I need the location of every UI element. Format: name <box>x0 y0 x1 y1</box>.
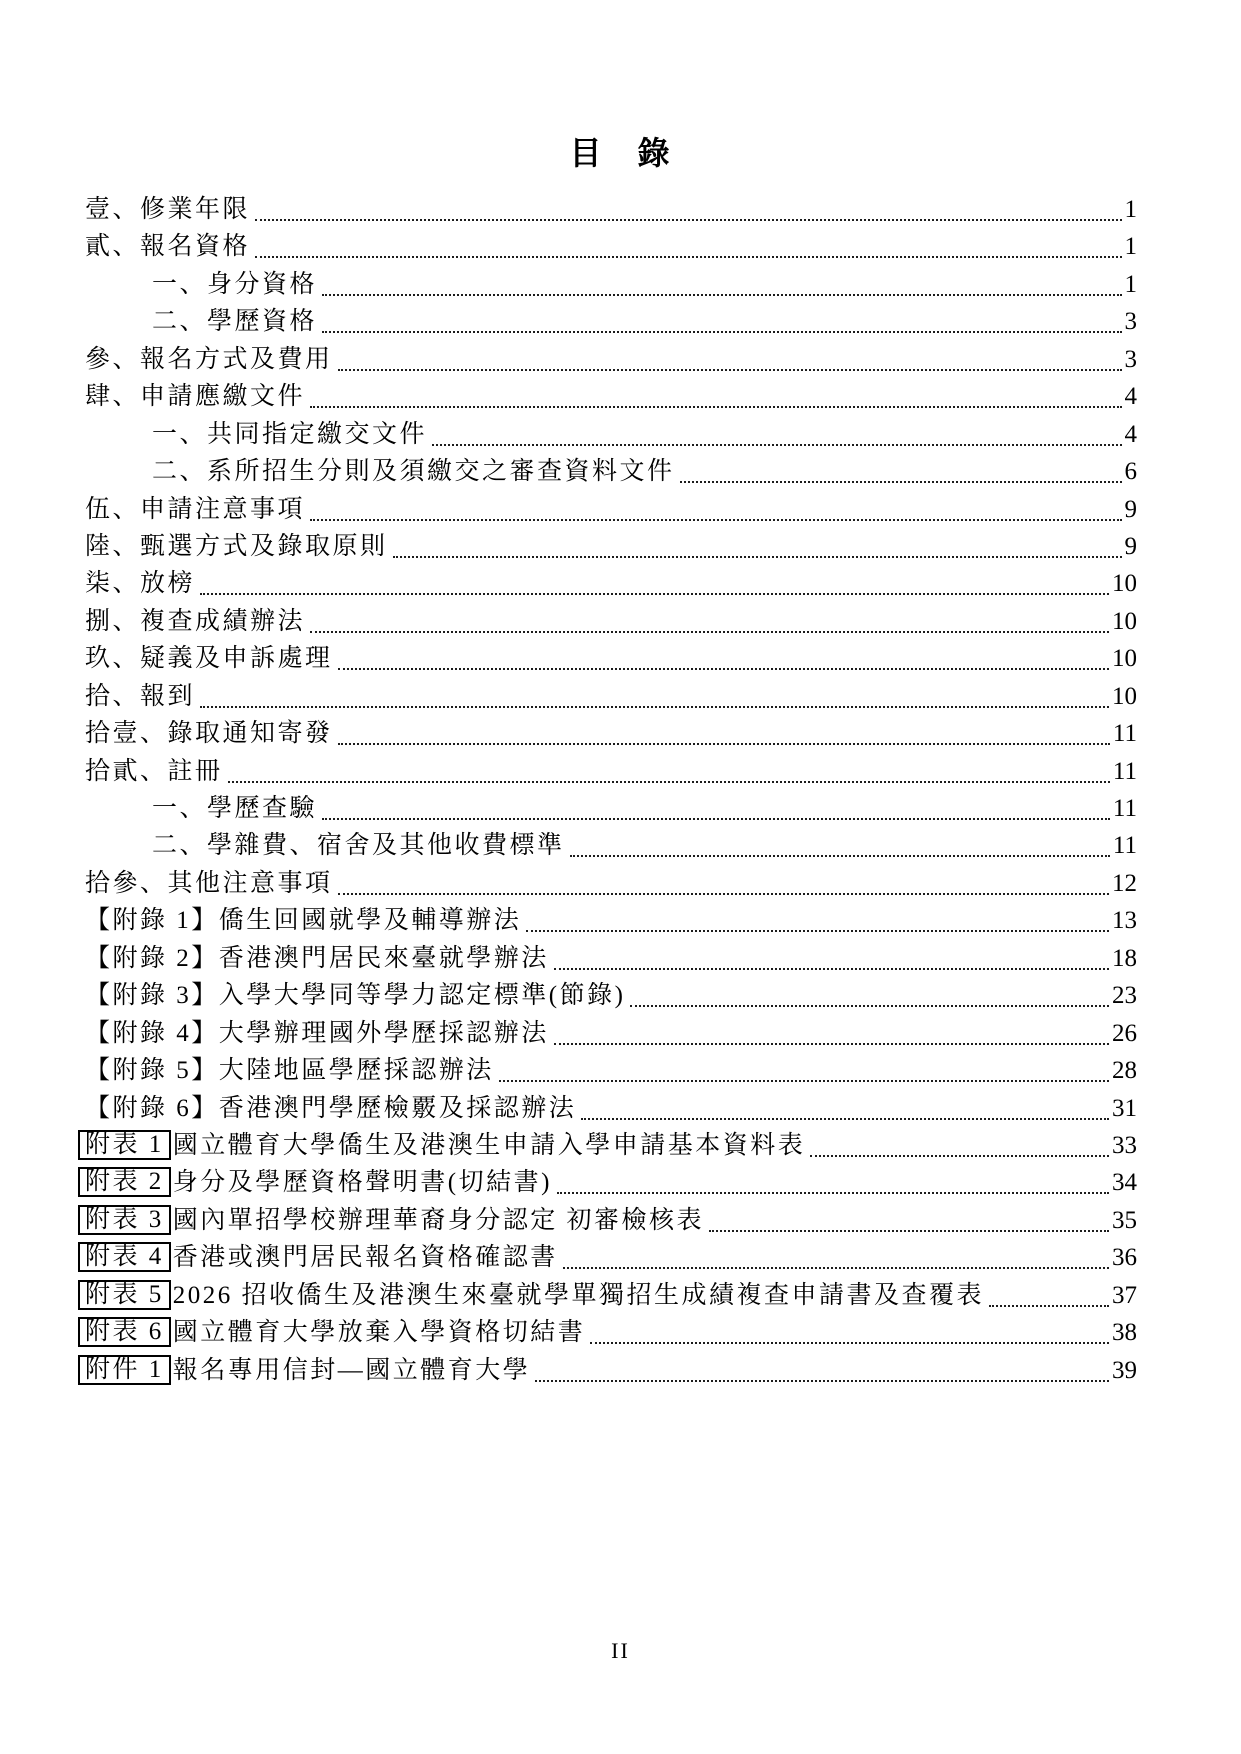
toc-entry: 附表 6國立體育大學放棄入學資格切結書38 <box>78 1319 1137 1356</box>
toc-entry: 二、學雜費、宿舍及其他收費標準11 <box>85 832 1137 869</box>
toc-entry-title: 【附錄 6】香港澳門學歷檢覈及採認辦法 <box>85 1095 576 1123</box>
toc-entry-title: 【附錄 3】入學大學同等學力認定標準(節錄) <box>85 982 625 1010</box>
toc-entry-box-label: 附表 1 <box>78 1130 171 1160</box>
toc-entry: 【附錄 5】大陸地區學歷採認辦法28 <box>85 1057 1137 1094</box>
toc-entry: 陸、甄選方式及錄取原則9 <box>85 533 1137 570</box>
toc-entry: 【附錄 2】香港澳門居民來臺就學辦法18 <box>85 945 1137 982</box>
toc-entry-title: 二、學雜費、宿舍及其他收費標準 <box>152 832 565 860</box>
toc-entry-page-number: 1 <box>1125 196 1138 224</box>
dot-leader <box>526 907 1109 932</box>
dot-leader <box>322 308 1121 333</box>
table-of-contents: 壹、修業年限1貳、報名資格1一、身分資格1二、學歷資格3參、報名方式及費用3肆、… <box>85 196 1137 1394</box>
dot-leader <box>310 496 1121 521</box>
toc-entry: 【附錄 3】入學大學同等學力認定標準(節錄)23 <box>85 982 1137 1019</box>
toc-entry-title: 香港或澳門居民報名資格確認書 <box>173 1244 558 1272</box>
page-title: 目 錄 <box>0 134 1241 172</box>
toc-entry-page-number: 33 <box>1112 1132 1137 1160</box>
dot-leader <box>338 870 1109 895</box>
toc-entry-title: 伍、申請注意事項 <box>85 496 305 524</box>
dot-leader <box>581 1095 1109 1120</box>
dot-leader <box>255 196 1121 221</box>
toc-entry-page-number: 18 <box>1112 945 1137 973</box>
dot-leader <box>393 533 1122 558</box>
toc-entry-title: 拾、報到 <box>85 683 195 711</box>
toc-entry-page-number: 39 <box>1112 1357 1137 1385</box>
toc-entry: 【附錄 4】大學辦理國外學歷採認辦法26 <box>85 1020 1137 1057</box>
dot-leader <box>310 608 1109 633</box>
toc-entry-page-number: 26 <box>1112 1020 1137 1048</box>
toc-entry-box-label: 附表 6 <box>78 1317 171 1347</box>
toc-entry-page-number: 3 <box>1125 308 1138 336</box>
toc-entry-title: 玖、疑義及申訴處理 <box>85 645 333 673</box>
toc-entry-page-number: 1 <box>1125 233 1138 261</box>
toc-entry-page-number: 34 <box>1112 1169 1137 1197</box>
toc-entry: 肆、申請應繳文件4 <box>85 383 1137 420</box>
toc-entry-page-number: 11 <box>1113 795 1137 823</box>
footer-page-number: II <box>0 1638 1241 1664</box>
toc-entry-title: 【附錄 1】僑生回國就學及輔導辦法 <box>85 907 521 935</box>
toc-entry: 拾、報到10 <box>85 683 1137 720</box>
toc-entry: 二、學歷資格3 <box>85 308 1137 345</box>
dot-leader <box>557 1169 1109 1194</box>
dot-leader <box>709 1207 1109 1232</box>
dot-leader <box>570 832 1110 857</box>
toc-entry: 捌、複查成績辦法10 <box>85 608 1137 645</box>
dot-leader <box>255 233 1121 258</box>
toc-entry: 附表 4香港或澳門居民報名資格確認書36 <box>78 1244 1137 1281</box>
toc-entry-title: 國內單招學校辦理華裔身分認定 初審檢核表 <box>173 1207 704 1235</box>
toc-entry: 附表 1國立體育大學僑生及港澳生申請入學申請基本資料表33 <box>78 1132 1137 1169</box>
toc-entry-page-number: 35 <box>1112 1207 1137 1235</box>
toc-entry: 附表 52026 招收僑生及港澳生來臺就學單獨招生成績複查申請書及查覆表37 <box>78 1282 1137 1319</box>
toc-entry-title: 陸、甄選方式及錄取原則 <box>85 533 388 561</box>
toc-entry-title: 柒、放榜 <box>85 570 195 598</box>
toc-entry-page-number: 28 <box>1112 1057 1137 1085</box>
dot-leader <box>680 458 1122 483</box>
toc-entry-page-number: 36 <box>1112 1244 1137 1272</box>
toc-entry: 參、報名方式及費用3 <box>85 346 1137 383</box>
toc-entry-title: 拾貳、註冊 <box>85 758 223 786</box>
toc-entry-title: 一、學歷查驗 <box>152 795 317 823</box>
dot-leader <box>200 570 1109 595</box>
toc-entry-title: 【附錄 2】香港澳門居民來臺就學辦法 <box>85 945 549 973</box>
toc-entry: 玖、疑義及申訴處理10 <box>85 645 1137 682</box>
toc-entry-title: 一、共同指定繳交文件 <box>152 421 427 449</box>
dot-leader <box>563 1244 1109 1269</box>
toc-entry: 壹、修業年限1 <box>85 196 1137 233</box>
toc-entry-title: 【附錄 5】大陸地區學歷採認辦法 <box>85 1057 494 1085</box>
toc-entry-page-number: 12 <box>1112 870 1137 898</box>
toc-entry-title: 一、身分資格 <box>152 271 317 299</box>
toc-entry-title: 二、系所招生分則及須繳交之審查資料文件 <box>152 458 675 486</box>
toc-entry-page-number: 11 <box>1113 720 1137 748</box>
toc-entry-box-label: 附表 4 <box>78 1242 171 1272</box>
toc-entry: 附表 3國內單招學校辦理華裔身分認定 初審檢核表35 <box>78 1207 1137 1244</box>
toc-entry: 【附錄 6】香港澳門學歷檢覈及採認辦法31 <box>85 1095 1137 1132</box>
toc-entry-page-number: 31 <box>1112 1095 1137 1123</box>
toc-entry-page-number: 10 <box>1112 683 1137 711</box>
dot-leader <box>228 758 1110 783</box>
toc-entry-page-number: 9 <box>1125 496 1138 524</box>
dot-leader <box>200 683 1109 708</box>
toc-entry-title: 身分及學歷資格聲明書(切結書) <box>173 1169 552 1197</box>
dot-leader <box>554 1020 1109 1045</box>
toc-entry-title: 【附錄 4】大學辦理國外學歷採認辦法 <box>85 1020 549 1048</box>
toc-entry-page-number: 4 <box>1125 383 1138 411</box>
toc-entry-page-number: 38 <box>1112 1319 1137 1347</box>
toc-entry: 拾壹、錄取通知寄發11 <box>85 720 1137 757</box>
toc-entry-title: 二、學歷資格 <box>152 308 317 336</box>
toc-entry-page-number: 9 <box>1125 533 1138 561</box>
toc-entry-title: 肆、申請應繳文件 <box>85 383 305 411</box>
toc-entry-title: 拾參、其他注意事項 <box>85 870 333 898</box>
toc-entry-page-number: 6 <box>1125 458 1138 486</box>
toc-entry-page-number: 3 <box>1125 346 1138 374</box>
dot-leader <box>535 1357 1109 1382</box>
toc-entry-title: 國立體育大學放棄入學資格切結書 <box>173 1319 586 1347</box>
toc-entry: 附件 1報名專用信封—國立體育大學39 <box>78 1357 1137 1394</box>
toc-entry: 一、學歷查驗11 <box>85 795 1137 832</box>
document-page: 目 錄 壹、修業年限1貳、報名資格1一、身分資格1二、學歷資格3參、報名方式及費… <box>0 0 1241 1754</box>
toc-entry-page-number: 11 <box>1113 832 1137 860</box>
toc-entry-page-number: 37 <box>1112 1282 1137 1310</box>
toc-entry-page-number: 10 <box>1112 608 1137 636</box>
toc-entry: 【附錄 1】僑生回國就學及輔導辦法13 <box>85 907 1137 944</box>
toc-entry-page-number: 4 <box>1125 421 1138 449</box>
dot-leader <box>554 945 1109 970</box>
dot-leader <box>810 1132 1109 1157</box>
dot-leader <box>310 383 1121 408</box>
toc-entry-box-label: 附表 3 <box>78 1205 171 1235</box>
toc-entry-page-number: 10 <box>1112 645 1137 673</box>
toc-entry: 二、系所招生分則及須繳交之審查資料文件6 <box>85 458 1137 495</box>
toc-entry: 一、共同指定繳交文件4 <box>85 421 1137 458</box>
toc-entry-box-label: 附件 1 <box>78 1355 171 1385</box>
toc-entry-box-label: 附表 5 <box>78 1280 171 1310</box>
toc-entry-title: 貳、報名資格 <box>85 233 250 261</box>
toc-entry: 貳、報名資格1 <box>85 233 1137 270</box>
toc-entry-title: 參、報名方式及費用 <box>85 346 333 374</box>
toc-entry: 柒、放榜10 <box>85 570 1137 607</box>
dot-leader <box>499 1057 1109 1082</box>
toc-entry-title: 拾壹、錄取通知寄發 <box>85 720 333 748</box>
toc-entry-box-label: 附表 2 <box>78 1167 171 1197</box>
dot-leader <box>338 645 1109 670</box>
dot-leader <box>322 271 1121 296</box>
toc-entry: 拾參、其他注意事項12 <box>85 870 1137 907</box>
toc-entry: 一、身分資格1 <box>85 271 1137 308</box>
toc-entry-page-number: 1 <box>1125 271 1138 299</box>
toc-entry-title: 2026 招收僑生及港澳生來臺就學單獨招生成績複查申請書及查覆表 <box>173 1282 984 1310</box>
toc-entry-title: 國立體育大學僑生及港澳生申請入學申請基本資料表 <box>173 1132 806 1160</box>
toc-entry-page-number: 10 <box>1112 570 1137 598</box>
toc-entry: 拾貳、註冊11 <box>85 758 1137 795</box>
dot-leader <box>432 421 1121 446</box>
dot-leader <box>630 982 1109 1007</box>
toc-entry: 伍、申請注意事項9 <box>85 496 1137 533</box>
dot-leader <box>338 720 1110 745</box>
dot-leader <box>338 346 1122 371</box>
toc-entry: 附表 2身分及學歷資格聲明書(切結書)34 <box>78 1169 1137 1206</box>
toc-entry-page-number: 13 <box>1112 907 1137 935</box>
toc-entry-title: 捌、複查成績辦法 <box>85 608 305 636</box>
dot-leader <box>989 1282 1109 1307</box>
toc-entry-page-number: 11 <box>1113 758 1137 786</box>
toc-entry-title: 報名專用信封—國立體育大學 <box>173 1357 531 1385</box>
toc-entry-title: 壹、修業年限 <box>85 196 250 224</box>
toc-entry-page-number: 23 <box>1112 982 1137 1010</box>
dot-leader <box>590 1319 1109 1344</box>
dot-leader <box>322 795 1110 820</box>
